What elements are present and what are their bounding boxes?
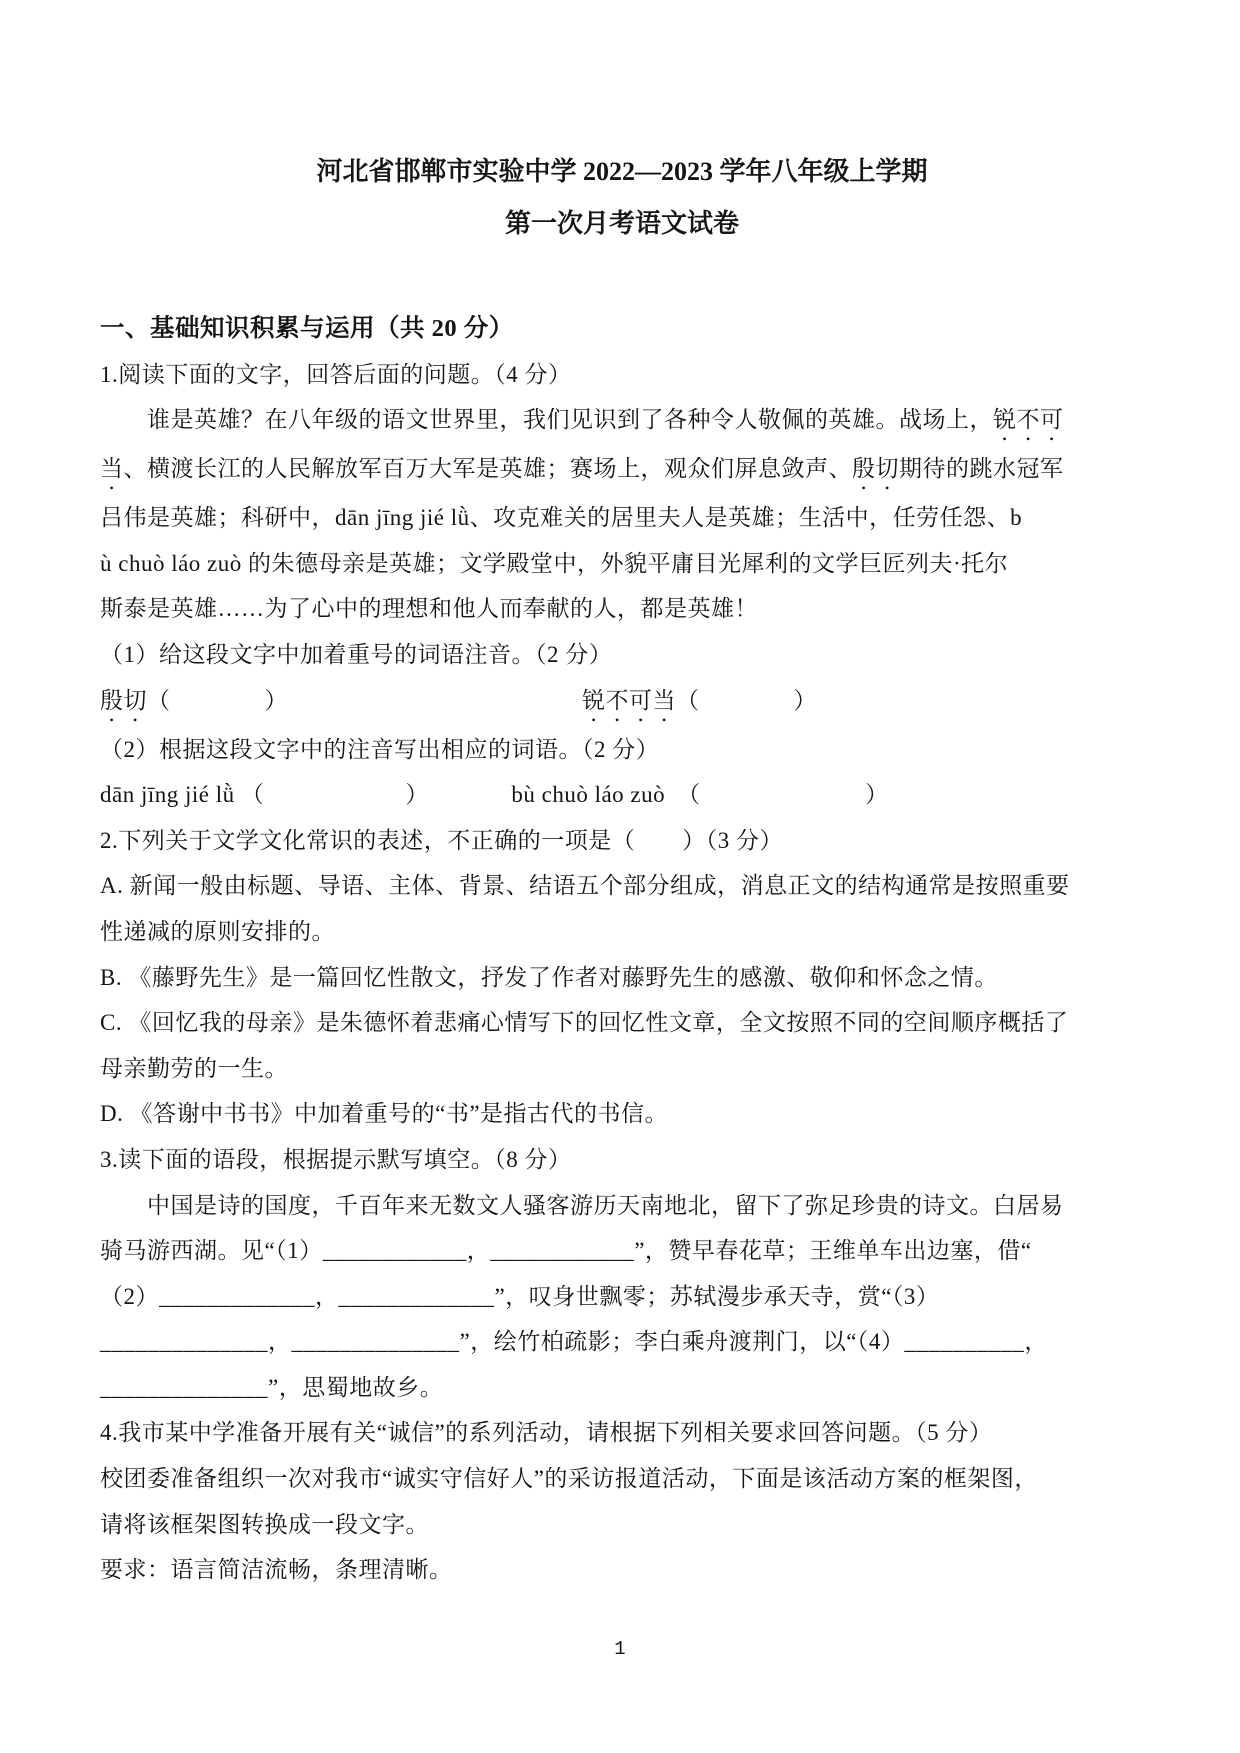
emphasis-dotted-text: 殷切 — [100, 688, 147, 713]
q1-sub2-blanks: dān jīng jié lǜ （ ） bù chuò láo zuò （ ） — [100, 772, 1144, 818]
text-segment: ù chuò láo zuò 的朱德母亲是英雄；文学殿堂中，外貌平庸目光犀利的文… — [100, 551, 1008, 576]
text-segment: 校团委准备组织一次对我市“诚实守信好人”的采访报道活动，下面是该活动方案的框架图… — [100, 1466, 1038, 1491]
q2-stem: 2.下列关于文学文化常识的表述，不正确的一项是（ ）（3 分） — [100, 818, 1144, 864]
text-segment: （ ） — [676, 688, 817, 713]
emphasis-dotted-text: 锐不可 — [993, 407, 1064, 432]
q1-sub1-stem: （1）给这段文字中加着重号的词语注音。（2 分） — [100, 632, 1144, 678]
q1-passage-line3: 吕伟是英雄；科研中，dān jīng jié lǜ、攻克难关的居里夫人是英雄；生… — [100, 495, 1144, 541]
paper-title-line2: 第一次月考语文试卷 — [100, 198, 1144, 250]
q2-option-a-line1: A. 新闻一般由标题、导语、主体、背景、结语五个部分组成，消息正文的结构通常是按… — [100, 863, 1144, 909]
q2-option-c-line1: C. 《回忆我的母亲》是朱德怀着悲痛心情写下的回忆性文章，全文按照不同的空间顺序… — [100, 1000, 1144, 1046]
page-number: 1 — [0, 1638, 1240, 1660]
q3-passage-line1: 中国是诗的国度，千百年来无数文人骚客游历天南地北，留下了弥足珍贵的诗文。白居易 — [100, 1183, 1144, 1229]
q4-desc-line2: 请将该框架图转换成一段文字。 — [100, 1502, 1144, 1548]
text-segment: B. 《藤野先生》是一篇回忆性散文，抒发了作者对藤野先生的感激、敬仰和怀念之情。 — [100, 965, 998, 990]
text-segment: （2）_____________，_____________”，叹身世飘零；苏轼… — [100, 1284, 939, 1309]
q2-option-d: D. 《答谢中书书》中加着重号的“书”是指古代的书信。 — [100, 1091, 1144, 1137]
text-segment: 斯泰是英雄……为了心中的理想和他人而奉献的人，都是英雄！ — [100, 596, 758, 621]
text-segment: 1.阅读下面的文字，回答后面的问题。（4 分） — [100, 362, 572, 387]
q1-sub1-blanks: 殷切（ ） 锐不可当（ ） — [100, 678, 1144, 727]
q3-passage-line5: ______________”，思蜀地故乡。 — [100, 1365, 1144, 1411]
text-segment: 中国是诗的国度，千百年来无数文人骚客游历天南地北，留下了弥足珍贵的诗文。白居易 — [100, 1193, 1064, 1218]
text-segment: A. 新闻一般由标题、导语、主体、背景、结语五个部分组成，消息正文的结构通常是按… — [100, 873, 1070, 898]
section-1-heading: 一、基础知识积累与运用（共 20 分） — [100, 306, 1144, 352]
q4-desc-line1: 校团委准备组织一次对我市“诚实守信好人”的采访报道活动，下面是该活动方案的框架图… — [100, 1456, 1144, 1502]
q2-option-c-line2: 母亲勤劳的一生。 — [100, 1046, 1144, 1092]
q4-requirements: 要求：语言简洁流畅，条理清晰。 — [100, 1547, 1144, 1593]
paper-title-line1: 河北省邯郸市实验中学 2022—2023 学年八年级上学期 — [100, 146, 1144, 198]
q1-sub2-stem: （2）根据这段文字中的注音写出相应的词语。（2 分） — [100, 727, 1144, 773]
text-segment: ______________，______________”，绘竹柏疏影；李白乘… — [100, 1329, 1048, 1354]
q1-stem: 1.阅读下面的文字，回答后面的问题。（4 分） — [100, 352, 1144, 398]
text-segment: 骑马游西湖。见“（1）____________，____________”，赞早… — [100, 1238, 1032, 1263]
text-segment: dān jīng jié lǜ （ ） bù chuò láo zuò （ ） — [100, 782, 889, 807]
text-segment: 一、基础知识积累与运用（共 20 分） — [100, 315, 514, 342]
q1-passage-line1: 谁是英雄？在八年级的语文世界里，我们见识到了各种令人敬佩的英雄。战场上，锐不可 — [100, 397, 1144, 446]
text-segment: （2）根据这段文字中的注音写出相应的词语。（2 分） — [100, 737, 659, 762]
emphasis-dotted-text: 锐不可当 — [582, 688, 676, 713]
exam-paper-page: 河北省邯郸市实验中学 2022—2023 学年八年级上学期 第一次月考语文试卷 … — [0, 0, 1240, 1753]
q3-passage-line3: （2）_____________，_____________”，叹身世飘零；苏轼… — [100, 1274, 1144, 1320]
text-segment: 母亲勤劳的一生。 — [100, 1056, 288, 1081]
q3-passage-line4: ______________，______________”，绘竹柏疏影；李白乘… — [100, 1319, 1144, 1365]
q3-stem: 3.读下面的语段，根据提示默写填空。（8 分） — [100, 1137, 1144, 1183]
q2-option-a-line2: 性递减的原则安排的。 — [100, 909, 1144, 955]
q3-passage-line2: 骑马游西湖。见“（1）____________，____________”，赞早… — [100, 1228, 1144, 1274]
emphasis-dotted-text: 当 — [100, 456, 124, 481]
text-segment: ______________”，思蜀地故乡。 — [100, 1375, 443, 1400]
text-segment: （ ） — [147, 688, 582, 713]
emphasis-dotted-text: 殷切 — [852, 456, 899, 481]
text-segment: 要求：语言简洁流畅，条理清晰。 — [100, 1557, 453, 1582]
text-segment: 、横渡长江的人民解放军百万大军是英雄；赛场上，观众们屏息敛声、 — [124, 456, 853, 481]
q2-option-b: B. 《藤野先生》是一篇回忆性散文，抒发了作者对藤野先生的感激、敬仰和怀念之情。 — [100, 955, 1144, 1001]
text-segment: 谁是英雄？在八年级的语文世界里，我们见识到了各种令人敬佩的英雄。战场上， — [100, 407, 993, 432]
page-content: 河北省邯郸市实验中学 2022—2023 学年八年级上学期 第一次月考语文试卷 … — [100, 146, 1144, 1593]
text-segment: 吕伟是英雄；科研中，dān jīng jié lǜ、攻克难关的居里夫人是英雄；生… — [100, 505, 1022, 530]
text-segment: （1）给这段文字中加着重号的词语注音。（2 分） — [100, 642, 612, 667]
q1-passage-line5: 斯泰是英雄……为了心中的理想和他人而奉献的人，都是英雄！ — [100, 586, 1144, 632]
q4-stem: 4.我市某中学准备开展有关“诚信”的系列活动，请根据下列相关要求回答问题。（5 … — [100, 1410, 1144, 1456]
text-segment: 3.读下面的语段，根据提示默写填空。（8 分） — [100, 1147, 572, 1172]
q1-passage-line4: ù chuò láo zuò 的朱德母亲是英雄；文学殿堂中，外貌平庸目光犀利的文… — [100, 541, 1144, 587]
text-segment: 2.下列关于文学文化常识的表述，不正确的一项是（ ）（3 分） — [100, 828, 783, 853]
text-segment: 4.我市某中学准备开展有关“诚信”的系列活动，请根据下列相关要求回答问题。（5 … — [100, 1420, 992, 1445]
text-segment: C. 《回忆我的母亲》是朱德怀着悲痛心情写下的回忆性文章，全文按照不同的空间顺序… — [100, 1010, 1068, 1035]
document-lines: 一、基础知识积累与运用（共 20 分）1.阅读下面的文字，回答后面的问题。（4 … — [100, 306, 1144, 1593]
text-segment: D. 《答谢中书书》中加着重号的“书”是指古代的书信。 — [100, 1101, 668, 1126]
q1-passage-line2: 当、横渡长江的人民解放军百万大军是英雄；赛场上，观众们屏息敛声、殷切期待的跳水冠… — [100, 446, 1144, 495]
text-segment: 期待的跳水冠军 — [899, 456, 1064, 481]
text-segment: 请将该框架图转换成一段文字。 — [100, 1512, 429, 1537]
text-segment: 性递减的原则安排的。 — [100, 919, 335, 944]
